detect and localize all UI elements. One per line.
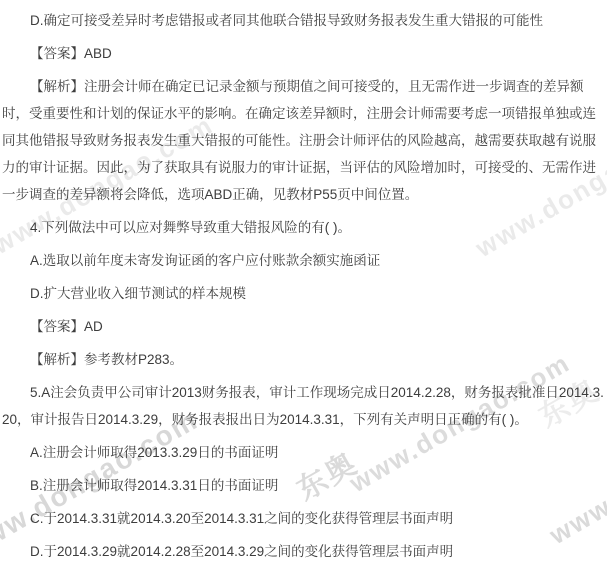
q4-option-a: A.选取以前年度未寄发询证函的客户应付账款余额实施函证 <box>2 247 605 274</box>
q4-answer: 【答案】AD <box>2 313 605 340</box>
q5-option-a: A.注册会计师取得2013.3.29日的书面证明 <box>2 439 605 466</box>
document-page: www.dongao.com东奥www.dongao.comwww.dongao… <box>0 0 607 576</box>
q3-answer: 【答案】ABD <box>2 40 605 67</box>
q5-option-d: D.于2014.3.29就2014.2.28至2014.3.29之间的变化获得管… <box>2 538 605 565</box>
q4-analysis: 【解析】参考教材P283。 <box>2 346 605 373</box>
q3-option-d: D.确定可接受差异时考虑错报或者同其他联合错报导致财务报表发生重大错报的可能性 <box>2 7 605 34</box>
q5-option-b: B.注册会计师取得2014.3.31日的书面证明 <box>2 472 605 499</box>
q3-analysis: 【解析】注册会计师在确定已记录金额与预期值之间可接受的，且无需作进一步调查的差异… <box>2 73 605 208</box>
q4-option-d: D.扩大营业收入细节测试的样本规模 <box>2 280 605 307</box>
q5-option-c: C.于2014.3.31就2014.3.20至2014.3.31之间的变化获得管… <box>2 505 605 532</box>
q5-stem: 5.A注会负责甲公司审计2013财务报表，审计工作现场完成日2014.2.28，… <box>2 379 605 433</box>
exam-text-body: D.确定可接受差异时考虑错报或者同其他联合错报导致财务报表发生重大错报的可能性【… <box>0 0 607 565</box>
q4-stem: 4.下列做法中可以应对舞弊导致重大错报风险的有( )。 <box>2 214 605 241</box>
